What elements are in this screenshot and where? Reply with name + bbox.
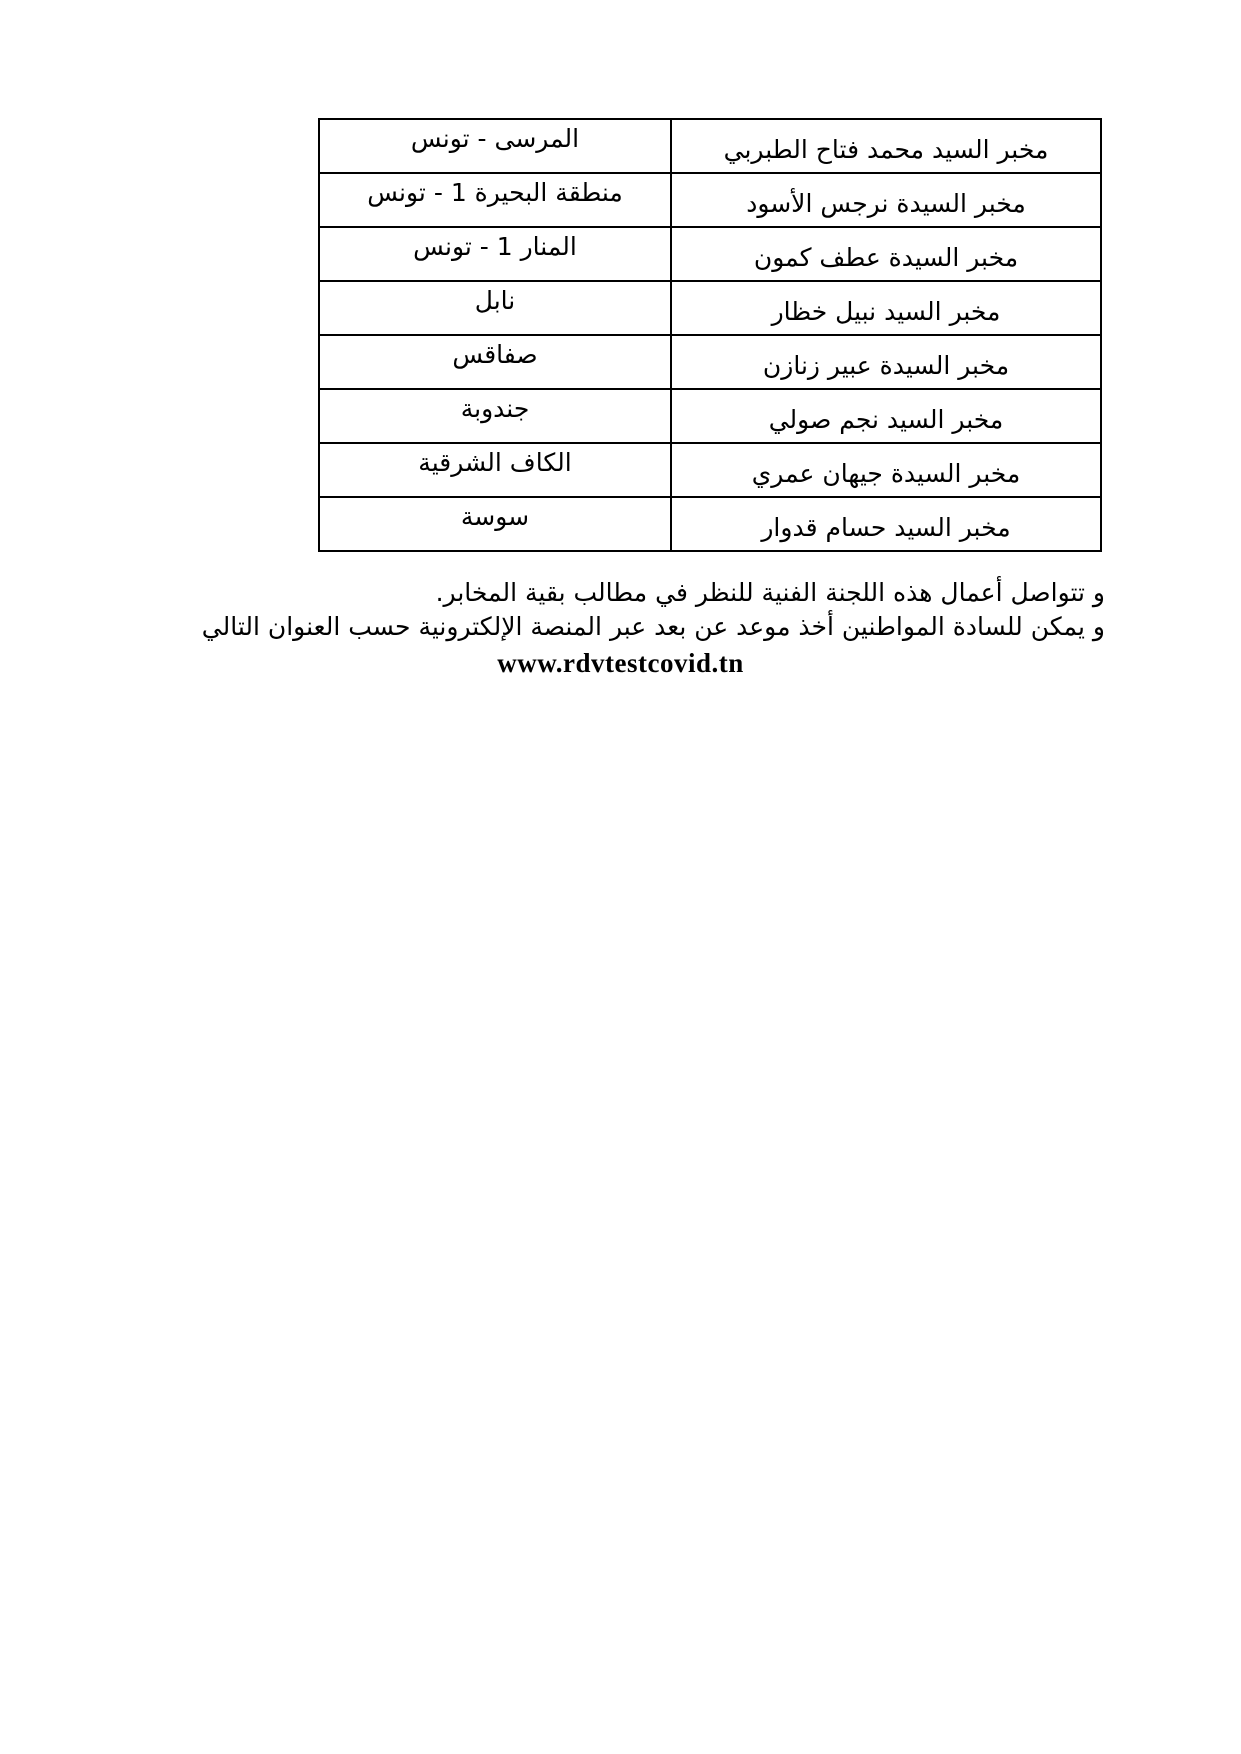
- location-cell: صفاقس: [319, 335, 671, 389]
- lab-name-cell: مخبر السيد حسام قدوار: [671, 497, 1101, 551]
- committee-note-line-1: و تتواصل أعمال هذه اللجنة الفنية للنظر ف…: [136, 576, 1105, 610]
- location-cell: المنار 1 - تونس: [319, 227, 671, 281]
- location-cell: المرسى - تونس: [319, 119, 671, 173]
- table-row: مخبر السيد محمد فتاح الطبربي المرسى - تو…: [319, 119, 1101, 173]
- committee-notes: و تتواصل أعمال هذه اللجنة الفنية للنظر ف…: [136, 576, 1105, 644]
- location-cell: الكاف الشرقية: [319, 443, 671, 497]
- location-cell: سوسة: [319, 497, 671, 551]
- table-row: مخبر السيدة عطف كمون المنار 1 - تونس: [319, 227, 1101, 281]
- lab-name-cell: مخبر السيدة عبير زنازن: [671, 335, 1101, 389]
- lab-name-cell: مخبر السيد نبيل خظار: [671, 281, 1101, 335]
- booking-website-url: www.rdvtestcovid.tn: [0, 648, 1241, 679]
- lab-name-cell: مخبر السيدة عطف كمون: [671, 227, 1101, 281]
- lab-name-cell: مخبر السيدة نرجس الأسود: [671, 173, 1101, 227]
- lab-name-cell: مخبر السيدة جيهان عمري: [671, 443, 1101, 497]
- table-row: مخبر السيد نجم صولي جندوبة: [319, 389, 1101, 443]
- lab-name-cell: مخبر السيد نجم صولي: [671, 389, 1101, 443]
- table-row: مخبر السيدة عبير زنازن صفاقس: [319, 335, 1101, 389]
- document-page: مخبر السيد محمد فتاح الطبربي المرسى - تو…: [0, 0, 1241, 1754]
- location-cell: جندوبة: [319, 389, 671, 443]
- table-row: مخبر السيدة جيهان عمري الكاف الشرقية: [319, 443, 1101, 497]
- table-row: مخبر السيد حسام قدوار سوسة: [319, 497, 1101, 551]
- labs-table: مخبر السيد محمد فتاح الطبربي المرسى - تو…: [318, 118, 1102, 552]
- committee-note-line-2: و يمكن للسادة المواطنين أخذ موعد عن بعد …: [136, 610, 1105, 644]
- location-cell: منطقة البحيرة 1 - تونس: [319, 173, 671, 227]
- table-row: مخبر السيدة نرجس الأسود منطقة البحيرة 1 …: [319, 173, 1101, 227]
- table-row: مخبر السيد نبيل خظار نابل: [319, 281, 1101, 335]
- location-cell: نابل: [319, 281, 671, 335]
- lab-name-cell: مخبر السيد محمد فتاح الطبربي: [671, 119, 1101, 173]
